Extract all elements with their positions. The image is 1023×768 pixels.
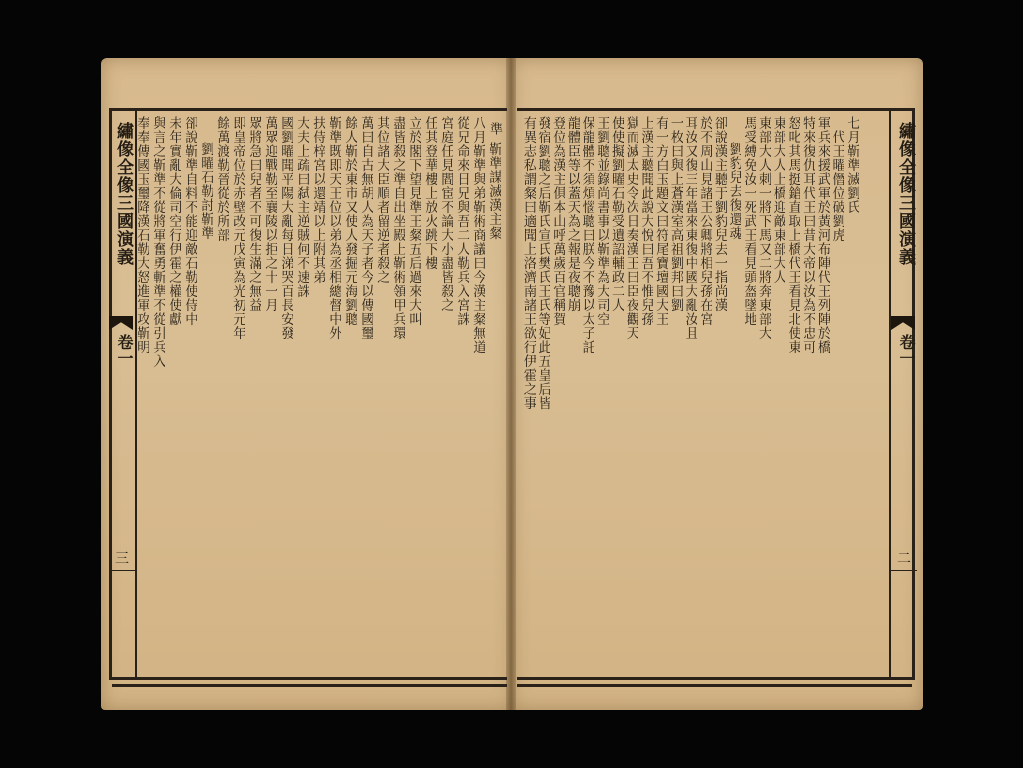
text-column: 一枚曰與上蒼漢室高祖劉邦曰劉 [668, 116, 683, 672]
text-column: 萬眾迎戰勒至襄陵以拒之十一月 [261, 116, 277, 672]
text-column: 七月靳準滅劉氏 [844, 116, 859, 672]
text-column: 有異志私謂粲曰適聞上洛濟南諸王欲行伊霍之事 [521, 116, 536, 672]
section-heading: 劉曜石勒討靳準 [197, 116, 213, 672]
text-column: 餘人靳於東市又使人發掘元海劉聰 [341, 116, 357, 672]
right-banxin: 繡像全像三國演義 卷一 二 [889, 108, 917, 680]
section-heading: 劉豹兒去復還魂 [727, 116, 742, 672]
text-column: 耳汝又復三年當來東復中國大亂汝且 [683, 116, 698, 672]
text-column: 宮庭任見閻宦不論大小盡皆殺之 [437, 116, 453, 672]
text-column: 國劉曜聞平陽大亂每日涕哭百長安發 [277, 116, 293, 672]
text-column: 其位諸大臣順者留逆者殺之 [373, 116, 389, 672]
text-column: 發宿劉聰之后靳氏宣氏樊氏王氏等妃此五皇后皆 [536, 116, 551, 672]
text-column: 東部大人刺一將下馬又二將奔東部大 [756, 116, 771, 672]
text-column: 盡皆殺之準自出坐殿上靳術領甲兵環 [389, 116, 405, 672]
text-column: 有一方白玉題文曰符尾寶壇國大王 [653, 116, 668, 672]
text-column: 即皇帝位於赤壁改元戊寅為光初元年 [229, 116, 245, 672]
right-banxin-title: 繡像全像三國演義 [893, 122, 918, 266]
text-column: 特來復仇耳代王曰昔大帝以汝為不忠可 [800, 116, 815, 672]
text-column: 東部大人上橋迎敵東部大人 [771, 116, 786, 672]
section-heading: 靳準謀滅漢主粲 [485, 116, 501, 672]
text-column: 軍兵來援武軍於黃河布陣代王列陣於橋 [815, 116, 830, 672]
right-banxin-juan: 卷一 [895, 334, 918, 366]
text-column: 上漢主聽聞此說大悅曰吾不惟兒孫 [638, 116, 653, 672]
text-column: 於不周山見諸王公卿將相兒孫在宮 [697, 116, 712, 672]
text-column: 王劉聰並錄尚書事以靳準為大司空 [594, 116, 609, 672]
open-book: 繡像全像三國演義 卷一 三 繡像全像三國演義 卷一 二 準 七月靳準滅劉氏 代王… [101, 58, 923, 710]
text-column: 卻說漢主聽于劉豹兒去一指尚漢 [712, 116, 727, 672]
text-column: 大夫上疏曰弑主逆賊何不速誅 [293, 116, 309, 672]
text-column: 與言之靳準不從將軍奮勇斬準不從引兵入 [149, 116, 165, 672]
text-column: 任其登華樓上放火跳下樓 [421, 116, 437, 672]
left-page-text: 靳準謀滅漢主粲 八月靳準與弟靳術商議曰今漢主粲無道 從兄命來日兄與吾二人勒兵入宮… [123, 116, 501, 672]
text-column: 登位為漢主俱本山呼萬歲百官稱賀 [550, 116, 565, 672]
text-column: 靳準既即天王位以弟為丞相總督中外 [325, 116, 341, 672]
text-column: 扶侍梓宮以還靖以上附其弟 [309, 116, 325, 672]
text-column: 未年實亂大倫司空行伊霍之權使獻 [165, 116, 181, 672]
book-gutter [506, 58, 516, 710]
text-column: 從兄命來日兄與吾二人勒兵入宮誅 [453, 116, 469, 672]
text-column: 眾將急曰兒者不可復生滿之無益 [245, 116, 261, 672]
text-column: 馬受縛免汝一死武王看見頭盔墜地 [741, 116, 756, 672]
text-column: 奉奉傳國玉璽降漢石勒大怒進軍攻靳明 [133, 116, 149, 672]
text-column: 萬曰自古無胡人為天子者今以傳國璽 [357, 116, 373, 672]
text-column: 八月靳準與弟靳術商議曰今漢主粲無道 [469, 116, 485, 672]
page-number-rule [891, 570, 917, 571]
text-column: 龍體臣等以蓋天為之報是夜聰崩 [565, 116, 580, 672]
text-column: 立於閣下望見準王粲五后過來大叫 [405, 116, 421, 672]
right-page-text: 七月靳準滅劉氏 代王曜僭位破劉虎 軍兵來援武軍於黃河布陣代王列陣於橋 特來復仇耳… [521, 116, 859, 672]
text-column: 代王曜僭位破劉虎 [830, 116, 845, 672]
fish-tail-icon [891, 316, 915, 330]
text-column: 怒叱其馬挺鎗直取上橋代王看見北使東 [785, 116, 800, 672]
text-column: 卻說靳準自料不能迎敵石勒使侍中 [181, 116, 197, 672]
text-column: 獄而滅太史令次日奏漢王曰臣夜觀天 [624, 116, 639, 672]
text-column: 使使擬劉曜石勒受遺詔輔政二人 [609, 116, 624, 672]
text-column: 保龍體不須煩惱聰曰朕今不豫以太子託 [580, 116, 595, 672]
text-column: 餘萬渡勒晉從於所部 [213, 116, 229, 672]
right-page-number: 二 [897, 548, 911, 568]
